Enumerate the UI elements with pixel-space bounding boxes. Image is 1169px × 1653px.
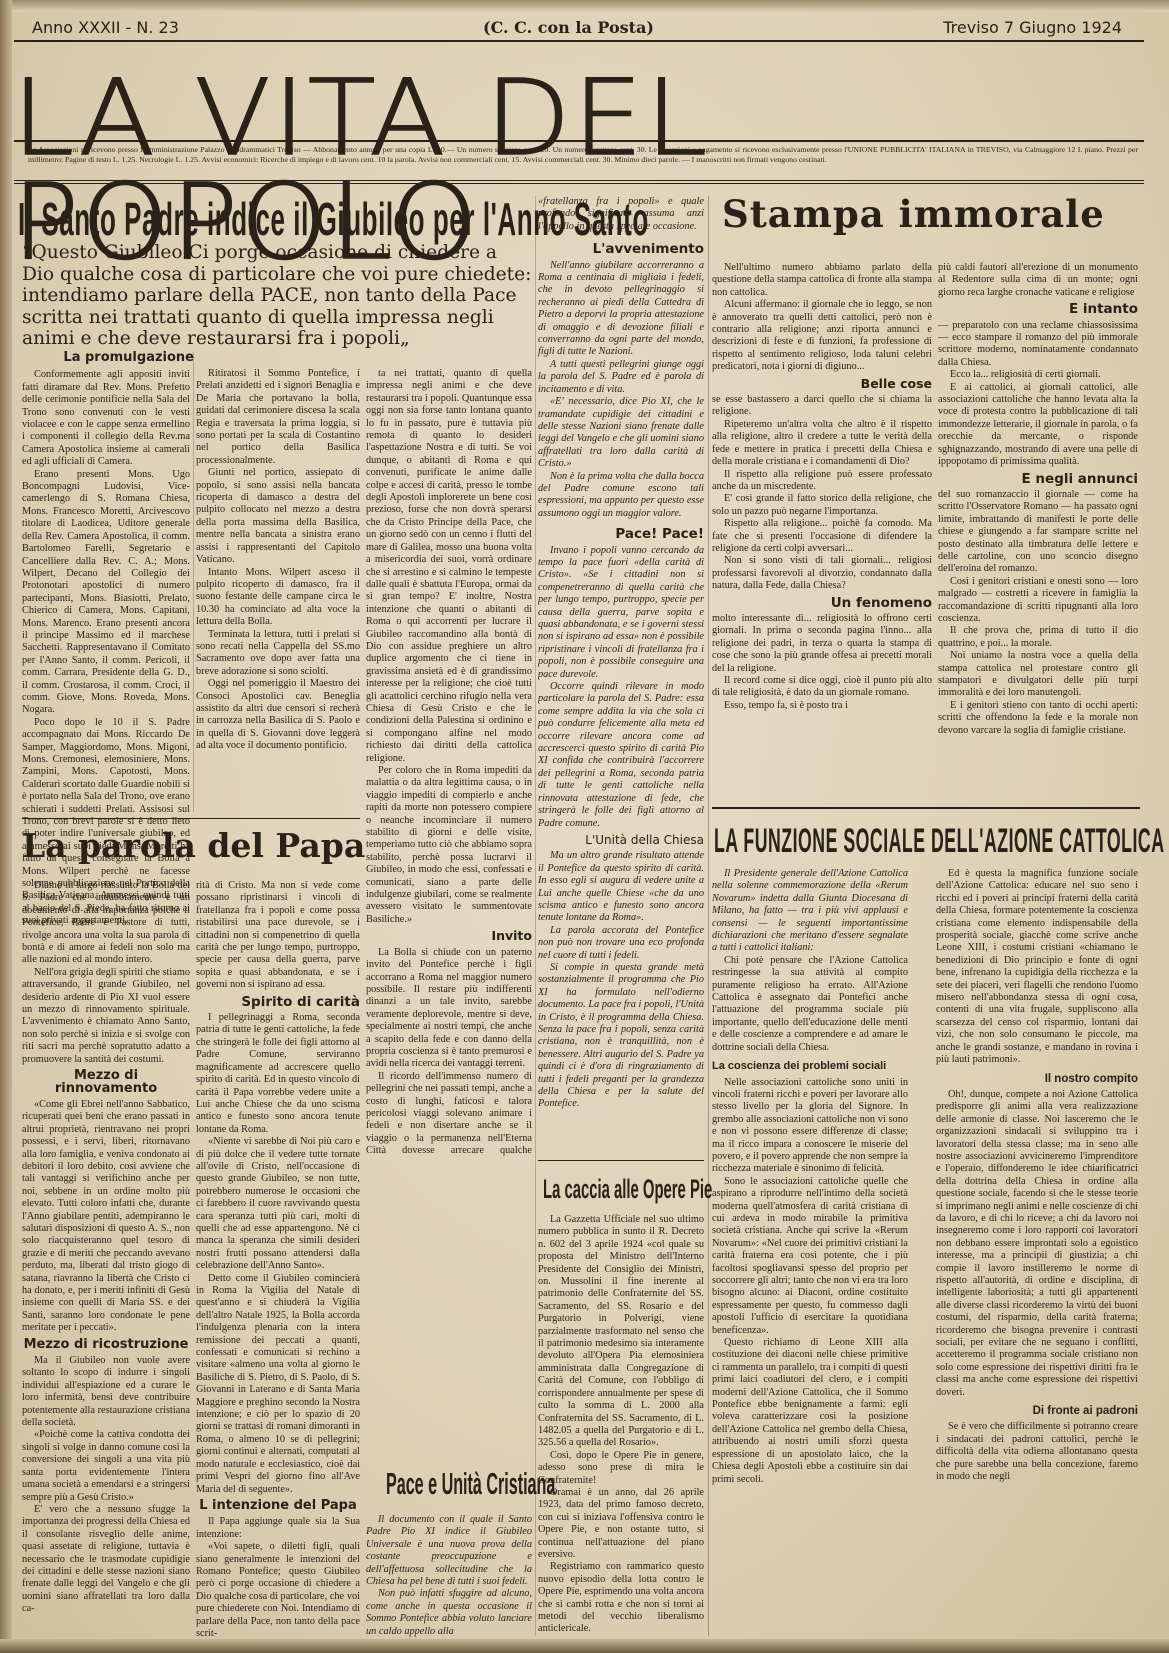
newspaper-page: Anno XXXII - N. 23 (C. C. con la Posta) … bbox=[0, 0, 1169, 1653]
subhead-carita: Spirito di carità bbox=[196, 996, 360, 1008]
paragraph: Il Papa aggiunge quale sia la Sua intenz… bbox=[196, 1516, 360, 1541]
funzione-column-2: Ed è questa la magnifica funzione social… bbox=[936, 868, 1138, 1638]
paragraph: Esso, tempo fa, si è posto tra i bbox=[712, 700, 932, 712]
paragraph: Ecco la... religiosità di certi giornali… bbox=[938, 369, 1138, 381]
paragraph: Ritiratosi il Sommo Pontefice, i Prelati… bbox=[196, 368, 360, 467]
paragraph: Nelle associazioni cattoliche sono uniti… bbox=[712, 1077, 908, 1176]
column-rule bbox=[538, 1160, 704, 1161]
giubileo-column-4: «fratellanza fra i popoli» e quale profo… bbox=[538, 196, 704, 1156]
section-rule bbox=[22, 818, 360, 819]
paragraph: Intanto Mons. Wilpert asceso il pulpito … bbox=[196, 567, 360, 629]
paragraph: Detto come il Giubileo comincierà in Rom… bbox=[196, 1273, 360, 1496]
paragraph: A tutti questi pellegrini giunge oggi la… bbox=[538, 359, 704, 396]
paragraph: E' vero che a nessuno sfugge la importan… bbox=[22, 1504, 190, 1616]
headline-stampa-immorale: Stampa immorale bbox=[722, 192, 1105, 236]
paper-edge-bottom bbox=[0, 1639, 1169, 1653]
paragraph: Se è vero che difficilmente si potranno … bbox=[936, 1421, 1138, 1483]
subhead-rinnovamento: Mezzo di rinnovamento bbox=[22, 1070, 190, 1095]
headline-parola-del-papa: La parola del Papa bbox=[22, 826, 365, 865]
paragraph: Terminata la lettura, tutti i prelati si… bbox=[196, 629, 360, 679]
paragraph: Il rispetto alla religione può essere pr… bbox=[712, 469, 932, 494]
paragraph: E' così grande il fatto storico della re… bbox=[712, 493, 932, 518]
subhead-coscienza: La coscienza dei problemi sociali bbox=[712, 1060, 908, 1072]
subscription-notice: Le Associazioni si ricevono presso l'Amm… bbox=[28, 145, 1138, 165]
subhead-annunci: E negli annunci bbox=[938, 473, 1138, 485]
notice-rule-2 bbox=[14, 183, 1144, 184]
deck-quote: “Questo Giubileo Ci porge occasione di c… bbox=[22, 242, 532, 350]
paragraph: Chi potè pensare che l'Azione Cattolica … bbox=[712, 955, 908, 1054]
paragraph: Non si sono visti di tali giornali... re… bbox=[712, 555, 932, 592]
caccia-column: La Gazzetta Ufficiale nel suo ultimo num… bbox=[538, 1214, 704, 1644]
subhead-avvenimento: L'avvenimento bbox=[538, 243, 704, 255]
paragraph: E i genitori stieno con tanto di occhi a… bbox=[938, 700, 1138, 737]
paragraph: Il documento con il quale il Santo Padre… bbox=[366, 1514, 532, 1588]
subhead-fenomeno: Un fenomeno bbox=[712, 597, 932, 609]
paragraph: Il record come si dice oggi, cioè il pun… bbox=[712, 675, 932, 700]
paragraph: Diamo in largo riassunto la Bolla del S.… bbox=[22, 880, 190, 967]
paragraph: Si compie in questa grande metà sostanzi… bbox=[538, 962, 704, 1111]
masthead-rule-bottom bbox=[14, 140, 1144, 142]
paragraph: Giunti nel portico, assiepato di popolo,… bbox=[196, 467, 360, 566]
subhead-promulgazione: La promulgazione bbox=[63, 350, 194, 365]
subhead-intanto: E intanto bbox=[938, 303, 1138, 315]
paragraph: Conformemente agli appositi inviti fatti… bbox=[22, 369, 190, 468]
paragraph: «Come gli Ebrei nell'anno Sabbatico, ric… bbox=[22, 1099, 190, 1335]
paragraph: Oggi nel pomeriggio il Maestro dei Conso… bbox=[196, 678, 360, 752]
masthead-rule-top bbox=[14, 40, 1144, 42]
subhead-invito: Invito bbox=[366, 930, 532, 942]
place-date: Treviso 7 Giugno 1924 bbox=[943, 18, 1122, 37]
paragraph: Per coloro che in Roma impediti da malat… bbox=[366, 765, 532, 926]
paragraph: Ma un altro grande risultato attende il … bbox=[538, 850, 704, 924]
notice-rule bbox=[14, 180, 1144, 181]
paragraph: «Niente vi sarebbe di Noi più caro e di … bbox=[196, 1136, 360, 1272]
paragraph: Alcuni affermano: il giornale che io leg… bbox=[712, 299, 932, 373]
paragraph: Ma il Giubileo non vuole avere soltanto … bbox=[22, 1355, 190, 1429]
subhead-belle-cose: Belle cose bbox=[712, 378, 932, 390]
paragraph: Registriamo con rammarico questo nuovo e… bbox=[538, 1561, 704, 1635]
pace-unita-column: Il documento con il quale il Santo Padre… bbox=[366, 1514, 532, 1644]
headline-caccia-opere-pie: La caccia alle Opere Pie bbox=[543, 1174, 712, 1205]
column-divider bbox=[535, 196, 536, 1636]
funzione-column-1: Il Presidente generale dell'Azione Catto… bbox=[712, 868, 908, 1638]
paragraph: La Bolla si chiude con un paterno invito… bbox=[366, 947, 532, 1071]
giubileo-column-2: Ritiratosi il Sommo Pontefice, i Prelati… bbox=[196, 368, 360, 753]
paragraph: — preparatolo con una reclame chiassosis… bbox=[938, 320, 1138, 370]
postal-note: (C. C. con la Posta) bbox=[483, 18, 654, 37]
paragraph: se esse bastassero a darci quello che si… bbox=[712, 394, 932, 419]
section-rule bbox=[712, 807, 1140, 809]
paragraph: La parola accorata del Pontefice non può… bbox=[538, 925, 704, 962]
paragraph: più caldi fautori all'erezione di un mon… bbox=[938, 262, 1138, 299]
column-divider bbox=[193, 352, 194, 812]
paragraph: molto interessante di... religiosità lo … bbox=[712, 613, 932, 675]
paragraph: Oh!, dunque, compete a noi Azione Cattol… bbox=[936, 1089, 1138, 1399]
parola-column-2: rità di Cristo. Ma non si vede come poss… bbox=[196, 880, 360, 1640]
paper-edge-left bbox=[0, 0, 12, 1653]
paragraph: Il ricordo dell'immenso numero di pelleg… bbox=[366, 1071, 532, 1158]
paragraph: La Gazzetta Ufficiale nel suo ultimo num… bbox=[538, 1214, 704, 1450]
paragraph: Noi uniamo la nostra voce a quella della… bbox=[938, 650, 1138, 700]
subhead-nostro-compito: Il nostro compito bbox=[936, 1073, 1138, 1085]
paragraph: Non è la prima volta che dalla bocca del… bbox=[538, 471, 704, 521]
headline-pace-unita: Pace e Unità Cristiana bbox=[386, 1466, 555, 1502]
paragraph: Sono le associazioni cattoliche quelle c… bbox=[712, 1176, 908, 1337]
stampa-column-2: più caldi fautori all'erezione di un mon… bbox=[938, 262, 1138, 762]
paragraph: rità di Cristo. Ma non si vede come poss… bbox=[196, 880, 360, 992]
headline-giubileo: Il Santo Padre indice il Giubileo per l'… bbox=[18, 196, 414, 242]
paragraph: Il Presidente generale dell'Azione Catto… bbox=[712, 868, 908, 955]
paragraph: Oramai è un anno, dal 26 aprile 1923, da… bbox=[538, 1487, 704, 1561]
column-divider bbox=[708, 196, 709, 1636]
subhead-unita-chiesa: L'Unità della Chiesa bbox=[538, 834, 704, 846]
paragraph: ta nei trattati, quanto di quella impres… bbox=[366, 368, 532, 765]
paragraph: Ripeteremo un'altra volta che altro è il… bbox=[712, 419, 932, 469]
paragraph: Invano i popoli vanno cercando da tempo … bbox=[538, 545, 704, 681]
subhead-pace: Pace! Pace! bbox=[538, 528, 704, 540]
parola-column-1: Diamo in largo riassunto la Bolla del S.… bbox=[22, 880, 190, 1640]
paragraph: Rispetto alla religione... poichè fa com… bbox=[712, 518, 932, 555]
paragraph: Nell'ultimo numero abbiamo parlato della… bbox=[712, 262, 932, 299]
stampa-column-1: Nell'ultimo numero abbiamo parlato della… bbox=[712, 262, 932, 762]
paragraph: Questo richiamo di Leone XIII alla costi… bbox=[712, 1337, 908, 1486]
paper-edge-top bbox=[0, 0, 1169, 12]
giubileo-column-3: ta nei trattati, quanto di quella impres… bbox=[366, 368, 532, 1158]
paragraph: «fratellanza fra i popoli» e quale profo… bbox=[538, 196, 704, 233]
paragraph: Così, dopo le Opere Pie in genere, adess… bbox=[538, 1450, 704, 1487]
paragraph: Non può infatti sfuggire ad alcuno, come… bbox=[366, 1588, 532, 1638]
paragraph: Così i genitori cristiani e onesti sono … bbox=[938, 576, 1138, 626]
paragraph: «E' necessario, dice Pio XI, che le tram… bbox=[538, 396, 704, 470]
paragraph: I pellegrinaggi a Roma, seconda patria d… bbox=[196, 1012, 360, 1136]
paragraph: E ai cattolici, ai giornali cattolici, a… bbox=[938, 382, 1138, 469]
paragraph: Nell'ora grigia degli spiriti che stiamo… bbox=[22, 967, 190, 1066]
paragraph: Erano presenti Mons. Ugo Boncompagni Lud… bbox=[22, 469, 190, 717]
paragraph: Nell'anno giubilare accorreranno a Roma … bbox=[538, 260, 704, 359]
paragraph: «Voi sapete, o diletti figli, quali sian… bbox=[196, 1541, 360, 1640]
subhead-padroni: Di fronte ai padroni bbox=[936, 1405, 1138, 1417]
subhead-ricostruzione: Mezzo di ricostruzione bbox=[22, 1339, 190, 1351]
subhead-intenzione: L intenzione del Papa bbox=[196, 1500, 360, 1512]
paragraph: «Poichè come la cattiva condotta dei sin… bbox=[22, 1429, 190, 1503]
paragraph: Ed è questa la magnifica funzione social… bbox=[936, 868, 1138, 1067]
headline-funzione-sociale: LA FUNZIONE SOCIALE DELL'AZIONE CATTOLIC… bbox=[714, 822, 1164, 861]
paragraph: Il che prova che, prima di tutto il dio … bbox=[938, 625, 1138, 650]
paragraph: Occorre quindi rilevare in modo particol… bbox=[538, 681, 704, 830]
paragraph: del suo romanzaccio il giornale — come h… bbox=[938, 489, 1138, 576]
issue-number: Anno XXXII - N. 23 bbox=[32, 18, 179, 37]
